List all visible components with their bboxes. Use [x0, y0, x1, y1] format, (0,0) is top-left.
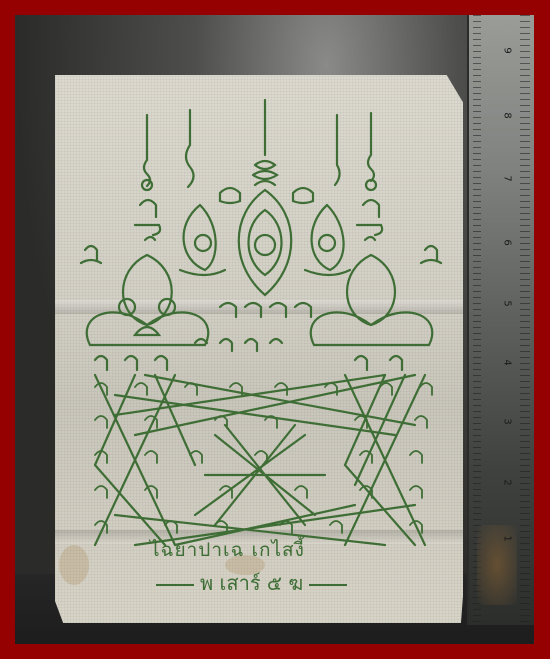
ruler-label: 4	[502, 355, 513, 371]
ruler-label: 3	[502, 414, 513, 430]
photograph: 9 8 7 6 5 4 3 2 1	[15, 15, 534, 644]
ruler-ticks-right	[520, 15, 530, 625]
ruler-label: 1	[502, 531, 513, 547]
caption-day-text: เสาร์ ๕	[220, 571, 283, 595]
metal-ruler: 9 8 7 6 5 4 3 2 1	[467, 15, 534, 625]
yantra-caption-line1: ไฉยาปาเฉ เกไสงี้	[150, 535, 305, 565]
decorative-dash	[156, 584, 194, 586]
yantra-caption-line2: พ เสาร์ ๕ ฆ	[150, 567, 353, 599]
yantra-cloth: ไฉยาปาเฉ เกไสงี้ พ เสาร์ ๕ ฆ	[55, 75, 463, 623]
caption-right-mark: ฆ	[288, 571, 303, 595]
caption-left-mark: พ	[200, 571, 213, 595]
ruler-label: 9	[502, 43, 513, 59]
ruler-label: 5	[502, 296, 513, 312]
ruler-label: 6	[502, 235, 513, 251]
ruler-label: 7	[502, 171, 513, 187]
decorative-dash	[309, 584, 347, 586]
ruler-label: 2	[502, 475, 513, 491]
ruler-label: 8	[502, 108, 513, 124]
red-frame: 9 8 7 6 5 4 3 2 1	[0, 0, 550, 659]
